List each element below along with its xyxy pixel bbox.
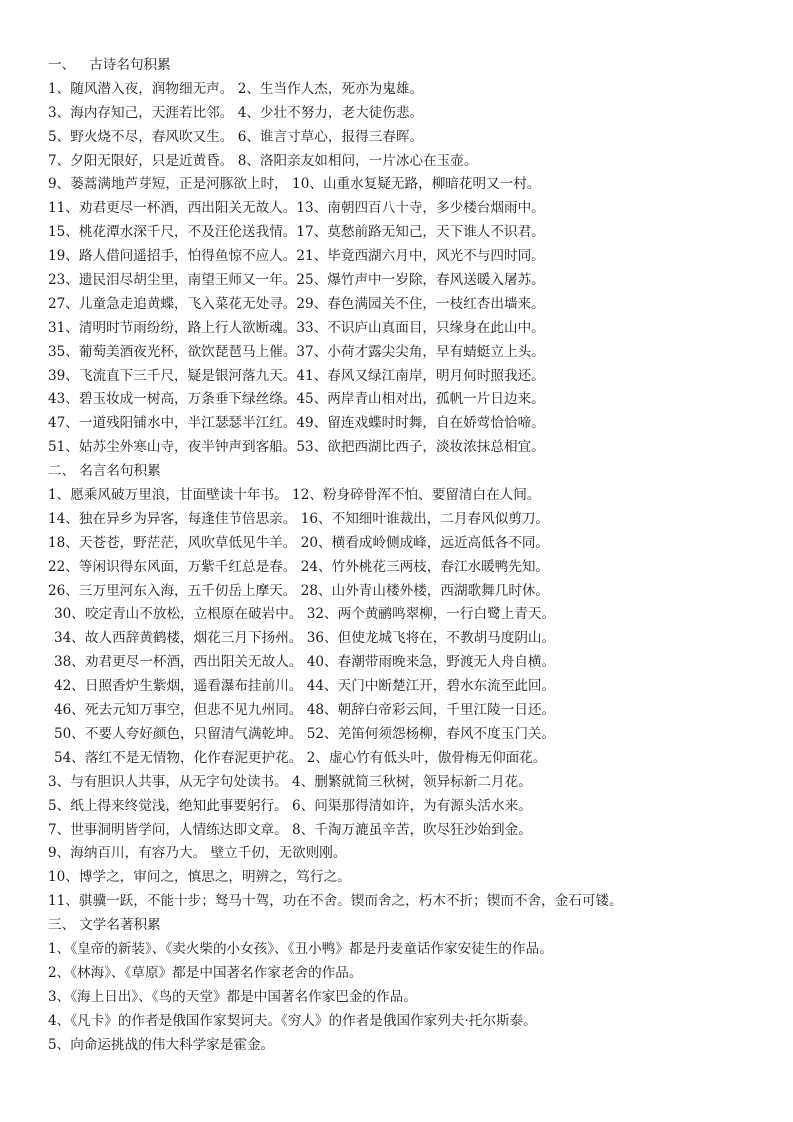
text-line: 5、向命运挑战的伟大科学家是霍金。 [48,1034,768,1058]
section-title: 古诗名句积累 [89,57,171,73]
text-line: 3、海内存知己，天涯若比邻。 4、少壮不努力，老大徒伤悲。 [48,102,768,126]
section-title: 名言名句积累 [79,463,161,479]
text-line: 9、蒌蒿满地芦芽短，正是河豚欲上时， 10、山重水复疑无路，柳暗花明又一村。 [48,173,768,197]
text-line: 35、葡萄美酒夜光杯，欲饮琵琶马上催。37、小荷才露尖尖角，早有蜻蜓立上头。 [48,341,768,365]
text-line: 51、姑苏尘外寒山寺，夜半钟声到客船。53、欲把西湖比西子，淡妆浓抹总相宜。 [48,436,768,460]
text-line: 46、死去元知万事空，但悲不见九州同。 48、朝辞白帝彩云间，千里江陵一日还。 [48,699,768,723]
text-line: 2、《林海》、《草原》都是中国著名作家老舍的作品。 [48,962,768,986]
section-number: 一、 [48,57,75,73]
text-line: 15、桃花潭水深千尺，不及汪伦送我情。17、莫愁前路无知己，天下谁人不识君。 [48,221,768,245]
text-line: 54、落红不是无情物，化作春泥更护花。 2、虚心竹有低头叶，傲骨梅无仰面花。 [48,747,768,771]
document-page: 一、古诗名句积累 1、随风潜入夜，润物细无声。 2、生当作人杰，死亦为鬼雄。 3… [48,54,768,1057]
text-line: 3、《海上日出》、《鸟的天堂》都是中国著名作家巴金的作品。 [48,986,768,1010]
text-line: 7、世事洞明皆学问，人情练达即文章。 8、千淘万漉虽辛苦，吹尽狂沙始到金。 [48,819,768,843]
text-line: 14、独在异乡为异客，每逢佳节倍思亲。 16、不知细叶谁裁出，二月春风似剪刀。 [48,508,768,532]
text-line: 1、《皇帝的新装》、《卖火柴的小女孩》、《丑小鸭》都是丹麦童话作家安徒生的作品。 [48,938,768,962]
section-heading-ancient-poems: 一、古诗名句积累 [48,54,768,78]
text-line: 9、海纳百川，有容乃大。 壁立千仞，无欲则刚。 [48,842,768,866]
text-line: 43、碧玉妆成一树高，万条垂下绿丝绦。45、两岸青山相对出，孤帆一片日边来。 [48,388,768,412]
text-line: 1、愿乘风破万里浪，甘面壁读十年书。 12、粉身碎骨浑不怕、要留清白在人间。 [48,484,768,508]
text-line: 38、劝君更尽一杯酒，西出阳关无故人。 40、春潮带雨晚来急，野渡无人舟自横。 [48,651,768,675]
section-number: 二、 [48,463,75,479]
text-line: 39、飞流直下三千尺，疑是银河落九天。41、春风又绿江南岸，明月何时照我还。 [48,365,768,389]
text-line: 10、博学之，审问之，慎思之，明辨之，笃行之。 [48,866,768,890]
text-line: 4、《凡卡》的作者是俄国作家契诃夫。《穷人》的作者是俄国作家列夫·托尔斯泰。 [48,1010,768,1034]
text-line: 27、儿童急走追黄蝶，飞入菜花无处寻。29、春色满园关不住，一枝红杏出墙来。 [48,293,768,317]
text-line: 5、野火烧不尽，春风吹又生。 6、谁言寸草心，报得三春晖。 [48,126,768,150]
text-line: 22、等闲识得东风面，万紫千红总是春。 24、竹外桃花三两枝，春江水暖鸭先知。 [48,556,768,580]
text-line: 50、不要人夸好颜色，只留清气满乾坤。 52、羌笛何须怨杨柳，春风不度玉门关。 [48,723,768,747]
text-line: 31、清明时节雨纷纷，路上行人欲断魂。33、不识庐山真面目，只缘身在此山中。 [48,317,768,341]
text-line: 1、随风潜入夜，润物细无声。 2、生当作人杰，死亦为鬼雄。 [48,78,768,102]
text-line: 19、路人借问遥招手，怕得鱼惊不应人。21、毕竟西湖六月中，风光不与四时同。 [48,245,768,269]
section-heading-famous-quotes: 二、名言名句积累 [48,460,768,484]
text-line: 18、天苍苍，野茫茫，风吹草低见牛羊。 20、横看成岭侧成峰，远近高低各不同。 [48,532,768,556]
text-line: 3、与有胆识人共事，从无字句处读书。 4、删繁就简三秋树，领异标新二月花。 [48,771,768,795]
text-line: 23、遗民泪尽胡尘里，南望王师又一年。25、爆竹声中一岁除，春风送暖入屠苏。 [48,269,768,293]
text-line: 7、夕阳无限好，只是近黄昏。 8、洛阳亲友如相问，一片冰心在玉壶。 [48,150,768,174]
section-title: 文学名著积累 [79,917,161,933]
section-heading-literary-classics: 三、文学名著积累 [48,914,768,938]
text-line: 5、纸上得来终觉浅，绝知此事要躬行。 6、问渠那得清如许，为有源头活水来。 [48,795,768,819]
text-line: 34、故人西辞黄鹤楼，烟花三月下扬州。 36、但使龙城飞将在，不教胡马度阴山。 [48,627,768,651]
text-line: 42、日照香炉生紫烟，遥看瀑布挂前川。 44、天门中断楚江开，碧水东流至此回。 [48,675,768,699]
text-line: 26、三万里河东入海，五千仞岳上摩天。 28、山外青山楼外楼，西湖歌舞几时休。 [48,580,768,604]
text-line: 11、骐骥一跃，不能十步；驽马十驾，功在不舍。锲而舍之，朽木不折；锲而不舍，金石… [48,890,768,914]
text-line: 47、一道残阳铺水中，半江瑟瑟半江红。49、留连戏蝶时时舞，自在娇莺恰恰啼。 [48,412,768,436]
text-line: 11、劝君更尽一杯酒，西出阳关无故人。13、南朝四百八十寺，多少楼台烟雨中。 [48,197,768,221]
text-line: 30、咬定青山不放松，立根原在破岩中。 32、两个黄鹂鸣翠柳，一行白鹭上青天。 [48,603,768,627]
section-number: 三、 [48,917,75,933]
